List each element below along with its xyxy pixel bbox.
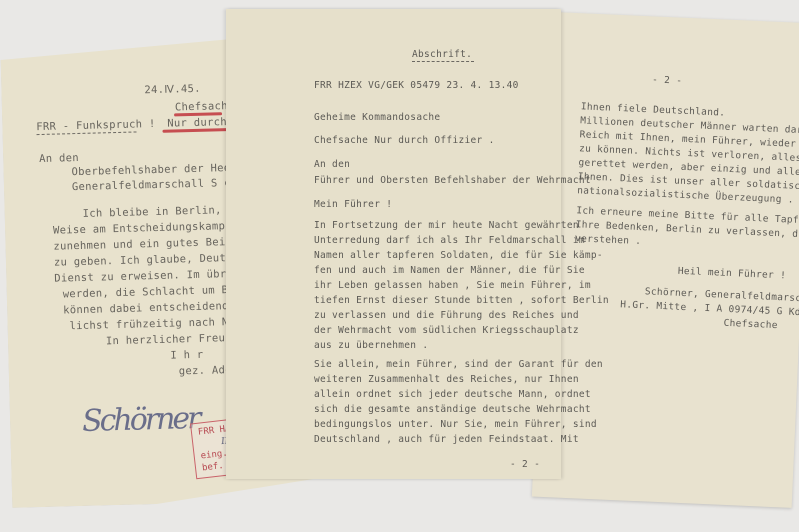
- salutation: Mein Führer !: [314, 199, 392, 210]
- address-to: An den: [39, 152, 79, 165]
- page-number: - 2 -: [652, 74, 683, 86]
- body-line: tiefen Ernst dieser Stunde bitten , sofo…: [314, 295, 609, 306]
- body-line: aus zu übernehmen .: [314, 340, 428, 351]
- body-line: Namen aller tapferen Soldaten, die für S…: [314, 250, 603, 261]
- handwritten-signature: Schörner: [82, 401, 199, 439]
- dashed-underline: [412, 61, 474, 62]
- body-line: Deutschland , auch für jeden Feindstaat.…: [314, 434, 579, 445]
- body-line: In Fortsetzung der mir heute Nacht gewäh…: [314, 220, 579, 231]
- body-line: bedingungslos unter. Nur Sie, mein Führe…: [314, 419, 597, 430]
- classification-chefsache: Chefsache Nur durch Offizier .: [314, 135, 495, 146]
- transmission-header: FRR HZEX VG/GEK 05479 23. 4. 13.40: [314, 80, 519, 91]
- document-photo: 24.Ⅳ.45. Chefsache ! FRR - Funkspruch ! …: [0, 0, 799, 532]
- closing: Heil mein Führer !: [678, 266, 787, 282]
- date: 24.Ⅳ.45.: [144, 83, 201, 96]
- body-line: Unterredung darf ich als Ihr Feldmarscha…: [314, 235, 585, 246]
- closing-ihr: I h r: [170, 349, 203, 362]
- classification-geheim: Geheime Kommandosache: [314, 112, 440, 123]
- body-line: fen und auch im Namen der Männer, die fü…: [314, 265, 585, 276]
- body-line: Sie allein, mein Führer, sind der Garant…: [314, 359, 603, 370]
- funkspruch-header: FRR - Funkspruch !: [36, 118, 155, 133]
- sender-line-3: Chefsache: [723, 318, 778, 331]
- body-line: weiteren Zusammenhalt des Reiches, nur I…: [314, 374, 579, 385]
- body-line: der Wehrmacht vom südlichen Kriegsschaup…: [314, 325, 579, 336]
- body-line: zu verlassen und die Führung des Reiches…: [314, 310, 579, 321]
- page-title: Abschrift.: [412, 49, 472, 60]
- address-line: Führer und Obersten Befehlshaber der Weh…: [314, 175, 591, 186]
- body-line: allein ordnet sich jeder deutsche Mann, …: [314, 389, 591, 400]
- body-line: sich die gesamte anständige deutsche Weh…: [314, 404, 591, 415]
- address-to: An den: [314, 159, 350, 170]
- body-line: ihr Leben gelassen haben , Sie mein Führ…: [314, 280, 591, 291]
- page-number: - 2 -: [510, 459, 540, 470]
- abschrift-page: Abschrift. FRR HZEX VG/GEK 05479 23. 4. …: [226, 9, 561, 479]
